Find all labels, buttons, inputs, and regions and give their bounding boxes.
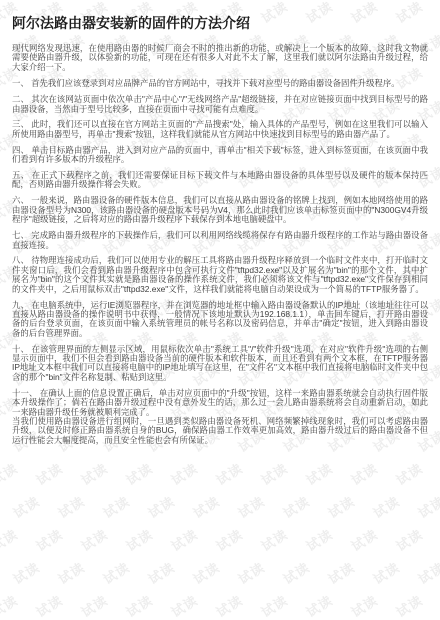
watermark-text: 试读 <box>99 557 133 588</box>
step-paragraph-9: 九、 在电脑系统中，运行IE浏览器程序，并在浏览器的地址框中输入路由器设备默认的… <box>12 301 428 339</box>
watermark-text: 试读 <box>212 458 246 489</box>
watermark-text: 试读 <box>212 524 246 555</box>
watermark-text: 试读 <box>77 524 111 555</box>
watermark-text: 试读 <box>0 458 21 489</box>
watermark-text: 试读 <box>257 590 291 620</box>
watermark-text: 试读 <box>257 524 291 555</box>
watermark-text: 试读 <box>54 491 88 522</box>
step-paragraph-3: 三、 此时，我们还可以直接在官方网站主页面的"产品搜索"处，输入具体的产品型号，… <box>12 120 428 139</box>
watermark-text: 试读 <box>414 491 440 522</box>
watermark-text: 试读 <box>167 458 201 489</box>
watermark-text: 试读 <box>369 491 403 522</box>
watermark-text: 试读 <box>9 557 43 588</box>
watermark-text: 试读 <box>189 557 223 588</box>
watermark-text: 试读 <box>324 491 358 522</box>
step-paragraph-2: 二、 其次在该网站页面中依次单击"产品中心"/"无线网络产品"超级链接，并在对应… <box>12 95 428 114</box>
watermark-text: 试读 <box>77 458 111 489</box>
step-paragraph-4: 四、 单击目标路由器产品，进入到对应产品的页面中，再单击"相关下载"标签，进入到… <box>12 146 428 165</box>
watermark-text: 试读 <box>369 557 403 588</box>
watermark-text: 试读 <box>189 491 223 522</box>
watermark-text: 试读 <box>392 590 426 620</box>
watermark-text: 试读 <box>392 524 426 555</box>
watermark-text: 试读 <box>279 557 313 588</box>
step-paragraph-11: 十一、 在确认上面的信息设置正确后，单击对应页面中的"升级"按钮，这样一来路由器… <box>12 389 428 417</box>
watermark-text: 试读 <box>212 590 246 620</box>
watermark-text: 试读 <box>347 590 381 620</box>
watermark-text: 试读 <box>279 491 313 522</box>
watermark-text: 试读 <box>414 557 440 588</box>
watermark-text: 试读 <box>0 590 21 620</box>
step-paragraph-8: 八、 待物理连接成功后，我们可以使用专业的解压工具将路由器升级程序释放到一个临时… <box>12 256 428 294</box>
watermark-text: 试读 <box>302 458 336 489</box>
watermark-text: 试读 <box>392 458 426 489</box>
watermark-text: 试读 <box>77 590 111 620</box>
step-paragraph-7: 七、 完成路由器升级程序的下载操作后，我们可以利用网络线缆将保存有路由器升级程序… <box>12 231 428 250</box>
watermark-text: 试读 <box>0 524 21 555</box>
watermark-text: 试读 <box>347 524 381 555</box>
document-content: 阿尔法路由器安装新的固件的方法介绍 现代网络发现迅速，在使用路由器的时候厂商会不… <box>0 0 440 445</box>
watermark-text: 试读 <box>32 458 66 489</box>
watermark-text: 试读 <box>144 557 178 588</box>
watermark-text: 试读 <box>167 524 201 555</box>
closing-paragraph: 当我们使用路由器设备进行组网时，一旦遇到类似路由器设备死机、网络频繁掉线现象时，… <box>12 417 428 445</box>
watermark-text: 试读 <box>32 590 66 620</box>
watermark-text: 试读 <box>144 491 178 522</box>
document-page: 试读试读试读试读试读试读试读试读试读试读试读试读试读试读试读试读试读试读试读试读… <box>0 0 440 620</box>
watermark-text: 试读 <box>54 557 88 588</box>
watermark-text: 试读 <box>347 458 381 489</box>
page-title: 阿尔法路由器安装新的固件的方法介绍 <box>12 15 428 31</box>
intro-paragraph: 现代网络发现迅速，在使用路由器的时候厂商会不时的推出新的功能，或解决上一个版本的… <box>12 44 428 72</box>
watermark-text: 试读 <box>324 557 358 588</box>
step-paragraph-1: 一、 首先我们应该登录到对应品牌产品的官方网站中，寻找并下载对应型号的路由器设备… <box>12 79 428 88</box>
watermark-text: 试读 <box>234 557 268 588</box>
watermark-text: 试读 <box>302 524 336 555</box>
watermark-text: 试读 <box>167 590 201 620</box>
watermark-text: 试读 <box>122 590 156 620</box>
watermark-text: 试读 <box>257 458 291 489</box>
watermark-text: 试读 <box>302 590 336 620</box>
watermark-text: 试读 <box>234 491 268 522</box>
step-paragraph-10: 十、 在该管理界面的左侧显示区域，用鼠标依次单击"系统工具"/"软件升级"选项，… <box>12 345 428 383</box>
watermark-text: 试读 <box>32 524 66 555</box>
watermark-text: 试读 <box>99 491 133 522</box>
step-paragraph-5: 五、 在正式下载程序之前，我们还需要保证目标下载文件与本地路由器设备的具体型号以… <box>12 171 428 190</box>
watermark-text: 试读 <box>9 491 43 522</box>
watermark-text: 试读 <box>122 458 156 489</box>
step-paragraph-6: 六、 一般来说，路由器设备的硬件版本信息，我们可以直接从路由器设备的铭牌上找到，… <box>12 196 428 224</box>
watermark-text: 试读 <box>122 524 156 555</box>
